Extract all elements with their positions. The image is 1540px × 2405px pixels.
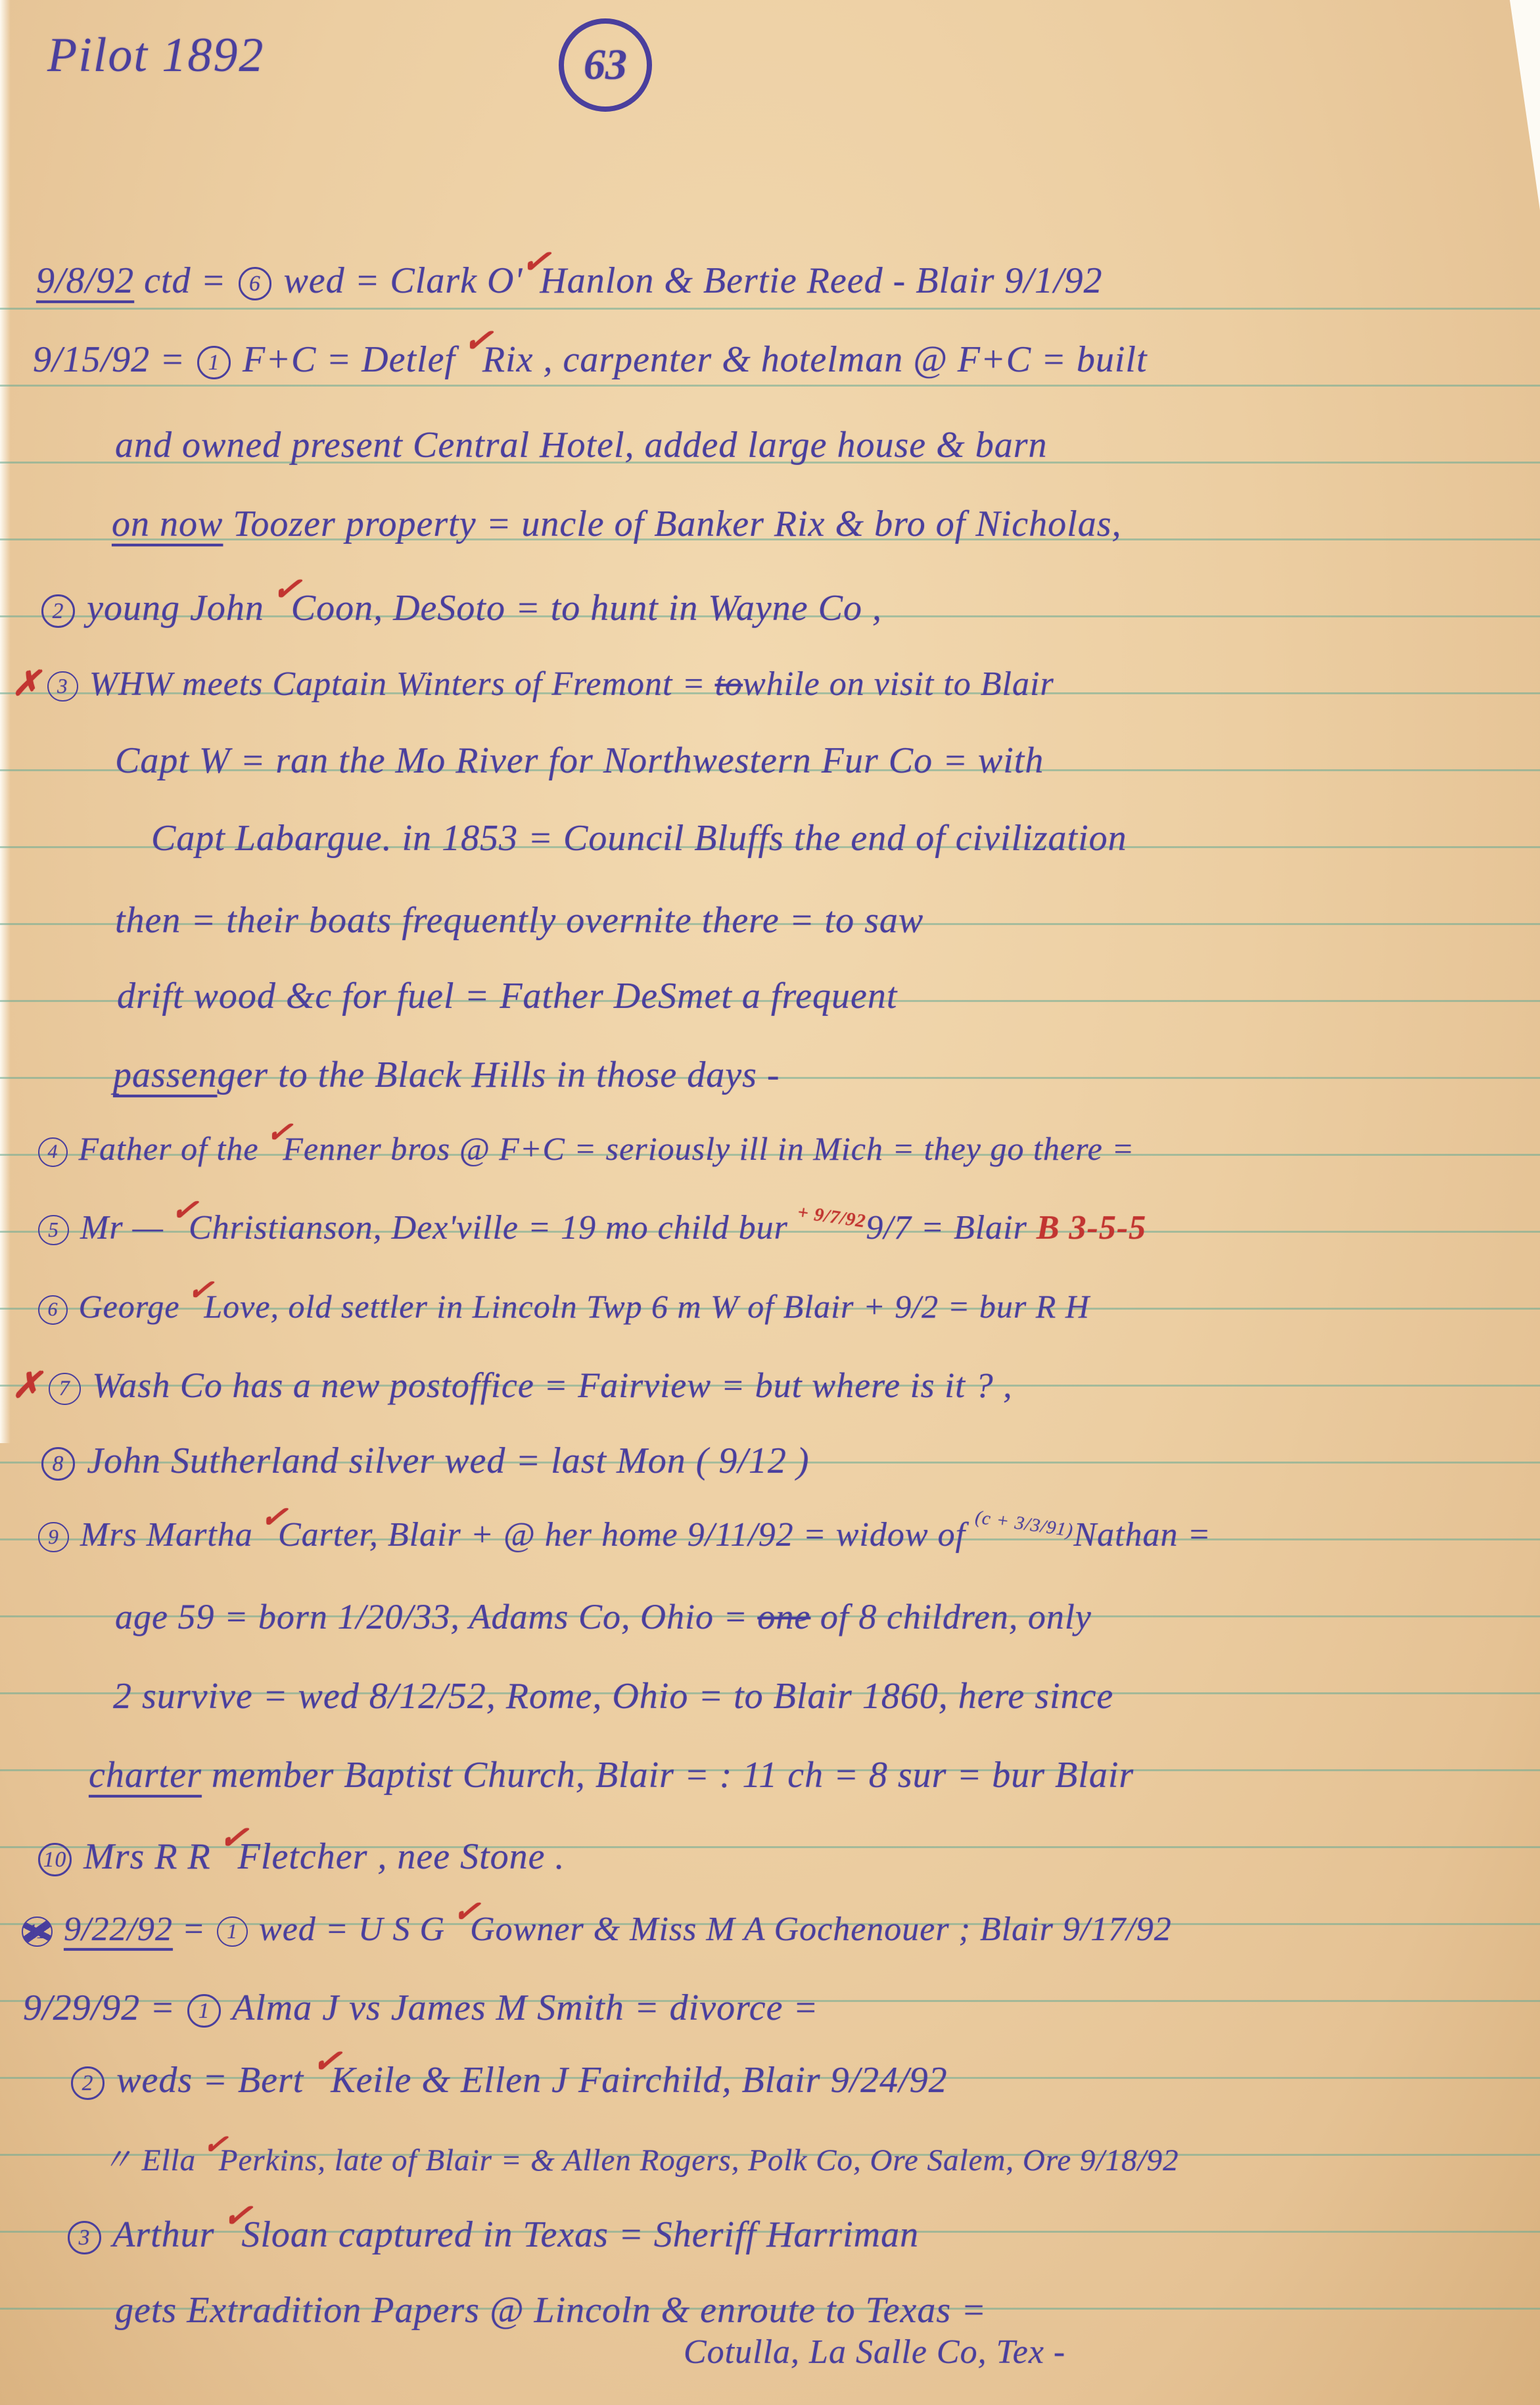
text-token: Nathan = xyxy=(1073,1516,1211,1554)
text-token: Fenner bros @ F+C = seriously ill in Mic… xyxy=(283,1130,1134,1167)
text-token: Sloan captured in Texas = Sheriff Harrim… xyxy=(241,2214,919,2255)
red-check-icon: ✓ xyxy=(270,567,304,611)
circled-number: 3 xyxy=(68,2221,101,2254)
red-check-icon: ✓ xyxy=(451,1891,482,1932)
handwritten-line: 9 Mrs Martha ✓Carter, Blair + @ her home… xyxy=(36,1515,1211,1554)
text-token: John Sutherland silver wed = last Mon ( … xyxy=(77,1441,809,1481)
underlined-text: 9/22/92 xyxy=(64,1911,173,1948)
text-token: ctd = xyxy=(134,260,236,301)
text-token: Christianson, Dex'ville = 19 mo child bu… xyxy=(189,1209,797,1247)
text-token: Toozer property = uncle of Banker Rix & … xyxy=(223,504,1121,544)
handwritten-line: Capt Labargue. in 1853 = Council Bluffs … xyxy=(151,817,1127,859)
handwritten-line: 9/8/92 ctd = 6 wed = Clark O'✓Hanlon & B… xyxy=(36,260,1103,302)
text-token: Mrs Martha xyxy=(71,1516,262,1554)
underlined-text: on now xyxy=(112,504,223,544)
circled-number: 3 xyxy=(47,671,78,702)
red-x-icon: ✗ xyxy=(12,1366,42,1405)
red-text: B 3-5-5 xyxy=(1027,1209,1146,1247)
red-check-icon: ✓ xyxy=(185,1271,216,1310)
text-token: drift wood &c for fuel = Father DeSmet a… xyxy=(117,976,897,1016)
page-title: Pilot 1892 xyxy=(47,28,264,83)
text-token: ger to the Black Hills in those days - xyxy=(217,1055,780,1095)
handwritten-line: 11 9/22/92 = 1 wed = U S G ✓Gowner & Mis… xyxy=(20,1910,1172,1949)
text-token: Mrs R R xyxy=(74,1836,221,1877)
text-token: Arthur xyxy=(103,2214,224,2255)
text-token xyxy=(55,1911,64,1948)
text-token: member Baptist Church, Blair = : 11 ch =… xyxy=(202,1755,1134,1796)
handwritten-line: 6 George ✓Love, old settler in Lincoln T… xyxy=(36,1287,1090,1325)
circled-number: 1 xyxy=(217,1917,248,1947)
text-token: Keile & Ellen J Fairchild, Blair 9/24/92 xyxy=(331,2060,947,2101)
handwritten-line: gets Extradition Papers @ Lincoln & enro… xyxy=(115,2289,987,2331)
text-token: Father of the xyxy=(70,1130,268,1167)
text-token: 2 survive = wed 8/12/52, Rome, Ohio = to… xyxy=(113,1676,1113,1717)
handwritten-line: drift wood &c for fuel = Father DeSmet a… xyxy=(117,975,897,1017)
circled-number: 1 xyxy=(197,346,230,379)
handwritten-line: 2 survive = wed 8/12/52, Rome, Ohio = to… xyxy=(113,1675,1113,1717)
text-token: WHW meets Captain Winters of Fremont = xyxy=(80,665,715,703)
handwritten-line: 5 Mr — ✓Christianson, Dex'ville = 19 mo … xyxy=(36,1208,1146,1247)
text-token: Fletcher , nee Stone . xyxy=(238,1836,565,1877)
circled-number: 8 xyxy=(41,1447,74,1480)
handwritten-line: 10 Mrs R R ✓Fletcher , nee Stone . xyxy=(36,1836,565,1878)
text-token: 9/29/92 = xyxy=(23,1988,185,2028)
text-token: then = their boats frequently overnite t… xyxy=(115,900,923,941)
circled-number: 1 xyxy=(187,1994,220,2027)
page-number: 63 xyxy=(584,40,627,90)
text-token: Rix , carpenter & hotelman @ F+C = built xyxy=(482,339,1148,380)
page-corner xyxy=(1510,0,1540,210)
handwritten-line: 2 weds = Bert ✓Keile & Ellen J Fairchild… xyxy=(69,2059,948,2101)
text-token: Wash Co has a new postoffice = Fairview … xyxy=(83,1366,1013,1405)
handwritten-line: 9/29/92 = 1 Alma J vs James M Smith = di… xyxy=(23,1987,818,2029)
struck-circled-number: 11 xyxy=(22,1917,53,1947)
handwritten-line: passenger to the Black Hills in those da… xyxy=(113,1054,780,1096)
text-token: Carter, Blair + @ her home 9/11/92 = wid… xyxy=(278,1516,975,1554)
notebook-page: Pilot 1892 63 9/8/92 ctd = 6 wed = Clark… xyxy=(0,0,1540,2405)
text-token: Capt Labargue. in 1853 = Council Bluffs … xyxy=(151,818,1127,859)
text-token: age 59 = born 1/20/33, Adams Co, Ohio = xyxy=(115,1597,757,1636)
struck-text: one xyxy=(757,1597,810,1636)
handwritten-line: on now Toozer property = uncle of Banker… xyxy=(112,503,1121,545)
text-token: Coon, DeSoto = to hunt in Wayne Co , xyxy=(291,588,882,629)
circled-number: 6 xyxy=(239,267,271,300)
handwritten-line: Cotulla, La Salle Co, Tex - xyxy=(684,2333,1065,2371)
text-token: Mr — xyxy=(71,1209,173,1247)
text-token: Hanlon & Bertie Reed - Blair 9/1/92 xyxy=(540,260,1102,301)
struck-text: to xyxy=(715,665,743,703)
circled-number: 5 xyxy=(38,1215,69,1246)
handwritten-line: charter member Baptist Church, Blair = :… xyxy=(89,1754,1134,1796)
underlined-text: 9/8/92 xyxy=(36,260,134,301)
text-token: 9/7 = Blair xyxy=(866,1209,1027,1247)
text-token: Love, old settler in Lincoln Twp 6 m W o… xyxy=(204,1288,1090,1325)
red-check-icon: ✓ xyxy=(258,1496,290,1537)
red-check-icon: ✓ xyxy=(310,2039,344,2083)
page-number-badge: 63 xyxy=(559,18,652,112)
handwritten-line: 2 young John ✓Coon, DeSoto = to hunt in … xyxy=(39,587,882,629)
text-token: Cotulla, La Salle Co, Tex - xyxy=(684,2333,1065,2371)
red-check-icon: ✓ xyxy=(201,2126,230,2163)
red-check-icon: ✓ xyxy=(264,1113,294,1152)
circled-number: 10 xyxy=(38,1843,71,1876)
underlined-text: charter xyxy=(89,1755,202,1796)
handwritten-line: and owned present Central Hotel, added l… xyxy=(115,424,1048,466)
text-token: young John xyxy=(77,588,274,629)
handwritten-line: 9/15/92 = 1 F+C = Detlef ✓Rix , carpente… xyxy=(33,339,1148,381)
text-token: Alma J vs James M Smith = divorce = xyxy=(223,1988,818,2028)
text-token: while on visit to Blair xyxy=(743,665,1054,703)
text-token: Perkins, late of Blair = & Allen Rogers,… xyxy=(219,2143,1179,2178)
text-token: 〃 Ella xyxy=(102,2143,204,2178)
text-token: gets Extradition Papers @ Lincoln & enro… xyxy=(115,2290,987,2331)
handwritten-line: 8 John Sutherland silver wed = last Mon … xyxy=(39,1440,810,1482)
handwritten-line: 〃 Ella ✓Perkins, late of Blair = & Allen… xyxy=(102,2135,1179,2179)
circled-number: 6 xyxy=(38,1295,68,1325)
handwritten-line: then = their boats frequently overnite t… xyxy=(115,899,923,941)
text-token: Capt W = ran the Mo River for Northweste… xyxy=(115,740,1044,781)
handwritten-line: ✗7 Wash Co has a new postoffice = Fairvi… xyxy=(12,1364,1013,1406)
handwritten-line: Capt W = ran the Mo River for Northweste… xyxy=(115,740,1044,782)
red-check-icon: ✓ xyxy=(169,1189,200,1230)
text-token: wed = U S G xyxy=(250,1911,454,1948)
circled-number: 2 xyxy=(71,2066,104,2099)
handwritten-line: age 59 = born 1/20/33, Adams Co, Ohio = … xyxy=(115,1596,1092,1637)
red-check-icon: ✓ xyxy=(221,2194,255,2237)
text-token: weds = Bert xyxy=(106,2060,314,2101)
text-token: wed = Clark O' xyxy=(273,260,523,301)
text-token: of 8 children, only xyxy=(810,1597,1091,1636)
handwritten-line: ✗3 WHW meets Captain Winters of Fremont … xyxy=(12,664,1054,703)
text-token: and owned present Central Hotel, added l… xyxy=(115,425,1048,465)
red-check-icon: ✓ xyxy=(461,319,496,362)
text-token: 9/15/92 = xyxy=(33,339,195,380)
underlined-text: passen xyxy=(113,1055,217,1095)
red-x-icon: ✗ xyxy=(12,665,41,703)
text-token: Gowner & Miss M A Gochenouer ; Blair 9/1… xyxy=(470,1911,1172,1948)
text-token: = xyxy=(173,1911,215,1948)
text-token: F+C = Detlef xyxy=(233,339,465,380)
red-check-icon: ✓ xyxy=(217,1816,251,1859)
handwritten-line: 3 Arthur ✓Sloan captured in Texas = Sher… xyxy=(66,2214,919,2256)
circled-number: 4 xyxy=(38,1137,68,1167)
circled-number: 2 xyxy=(41,594,74,627)
red-check-icon: ✓ xyxy=(519,240,553,283)
text-token: George xyxy=(70,1288,189,1325)
circled-number: 9 xyxy=(38,1522,69,1553)
circled-number: 7 xyxy=(49,1373,81,1405)
handwritten-line: 4 Father of the ✓Fenner bros @ F+C = ser… xyxy=(36,1130,1134,1168)
